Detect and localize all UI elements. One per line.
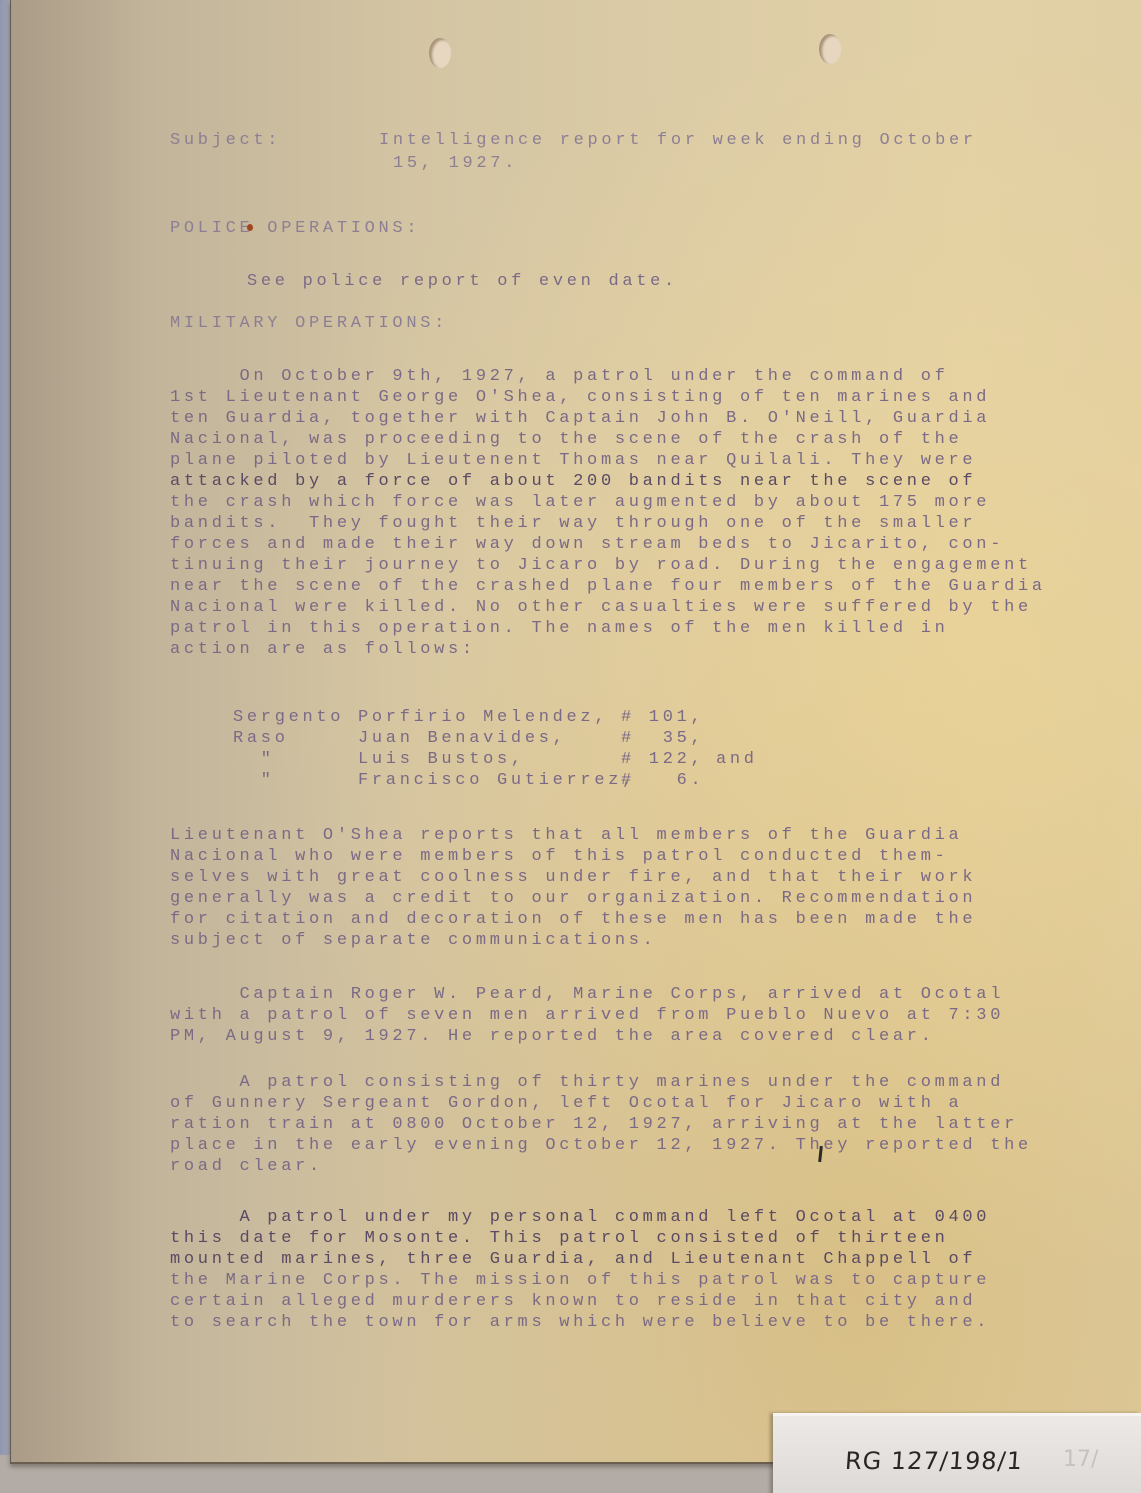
- casualty-number: # 6.: [621, 771, 704, 791]
- paragraph-line: A patrol consisting of thirty marines un…: [170, 1073, 1004, 1093]
- paragraph-line: this date for Mosonte. This patrol consi…: [170, 1229, 949, 1249]
- subject-label: Subject:: [170, 131, 281, 151]
- paragraph-line: PM, August 9, 1927. He reported the area…: [170, 1027, 935, 1047]
- casualty-suffix: and: [716, 750, 758, 770]
- ink-stain: [247, 224, 253, 231]
- casualty-number: # 122,: [621, 750, 704, 770]
- subject-title-cont: 15, 1927.: [393, 154, 518, 174]
- archive-faint-mark: 17/: [1063, 1447, 1098, 1472]
- paragraph-line: tinuing their journey to Jicaro by road.…: [170, 556, 1032, 576]
- paragraph-line: Captain Roger W. Peard, Marine Corps, ar…: [170, 985, 1004, 1005]
- casualty-rank: Raso: [233, 729, 289, 749]
- archive-record-group: RG 127/198/1: [844, 1447, 1024, 1475]
- document-page: Subject: Intelligence report for week en…: [10, 0, 1141, 1464]
- paragraph-line: attacked by a force of about 200 bandits…: [170, 472, 976, 492]
- paragraph-line: road clear.: [170, 1157, 323, 1177]
- paragraph-line: the Marine Corps. The mission of this pa…: [170, 1271, 990, 1291]
- paragraph-line: mounted marines, three Guardia, and Lieu…: [170, 1250, 976, 1270]
- paragraph-line: bandits. They fought their way through o…: [170, 514, 976, 534]
- paragraph-line: of Gunnery Sergeant Gordon, left Ocotal …: [170, 1094, 962, 1114]
- paragraph-line: certain alleged murderers known to resid…: [170, 1292, 976, 1312]
- paragraph-line: the crash which force was later augmente…: [170, 493, 990, 513]
- paragraph-line: Nacional who were members of this patrol…: [170, 847, 949, 867]
- paragraph-line: subject of separate communications.: [170, 931, 657, 951]
- casualty-name: Luis Bustos,: [358, 750, 525, 770]
- paragraph-line: generally was a credit to our organizati…: [170, 889, 976, 909]
- casualty-number: # 101,: [621, 708, 704, 728]
- casualty-name: Francisco Gutierrez,: [358, 771, 636, 791]
- paragraph-line: near the scene of the crashed plane four…: [170, 577, 1046, 597]
- paragraph-line: A patrol under my personal command left …: [170, 1208, 990, 1228]
- paragraph-line: Nacional were killed. No other casualtie…: [170, 598, 1032, 618]
- subject-title: Intelligence report for week ending Octo…: [379, 131, 977, 151]
- paragraph-line: plane piloted by Lieutenent Thomas near …: [170, 451, 976, 471]
- casualty-name: Juan Benavides,: [358, 729, 567, 749]
- paragraph-line: action are as follows:: [170, 640, 476, 660]
- paragraph-line: patrol in this operation. The names of t…: [170, 619, 949, 639]
- section-heading-military: MILITARY OPERATIONS:: [170, 314, 448, 334]
- punch-hole: [819, 34, 841, 64]
- casualty-rank: ": [233, 750, 275, 770]
- paragraph-line: to search the town for arms which were b…: [170, 1313, 990, 1333]
- paragraph-line: On October 9th, 1927, a patrol under the…: [170, 367, 949, 387]
- paragraph-line: ration train at 0800 October 12, 1927, a…: [170, 1115, 1018, 1135]
- paragraph-line: forces and made their way down stream be…: [170, 535, 1004, 555]
- paragraph-line: for citation and decoration of these men…: [170, 910, 976, 930]
- paragraph-line: Nacional, was proceeding to the scene of…: [170, 430, 962, 450]
- paragraph-line: selves with great coolness under fire, a…: [170, 868, 976, 888]
- casualty-rank: Sergento: [233, 708, 344, 728]
- archive-label-card: RG 127/198/1 17/: [773, 1413, 1141, 1493]
- paragraph-line: place in the early evening October 12, 1…: [170, 1136, 1032, 1156]
- paragraph-line: ten Guardia, together with Captain John …: [170, 409, 990, 429]
- section-heading-police: POLICE OPERATIONS:: [170, 219, 420, 239]
- backdrop-left: [0, 0, 10, 1493]
- casualty-rank: ": [233, 771, 275, 791]
- paragraph-line: Lieutenant O'Shea reports that all membe…: [170, 826, 962, 846]
- casualty-name: Porfirio Melendez,: [358, 708, 608, 728]
- paragraph-line: 1st Lieutenant George O'Shea, consisting…: [170, 388, 990, 408]
- paragraph-line: with a patrol of seven men arrived from …: [170, 1006, 1004, 1026]
- paragraph-line: See police report of even date.: [247, 272, 678, 292]
- casualty-number: # 35,: [621, 729, 704, 749]
- punch-hole: [429, 38, 451, 68]
